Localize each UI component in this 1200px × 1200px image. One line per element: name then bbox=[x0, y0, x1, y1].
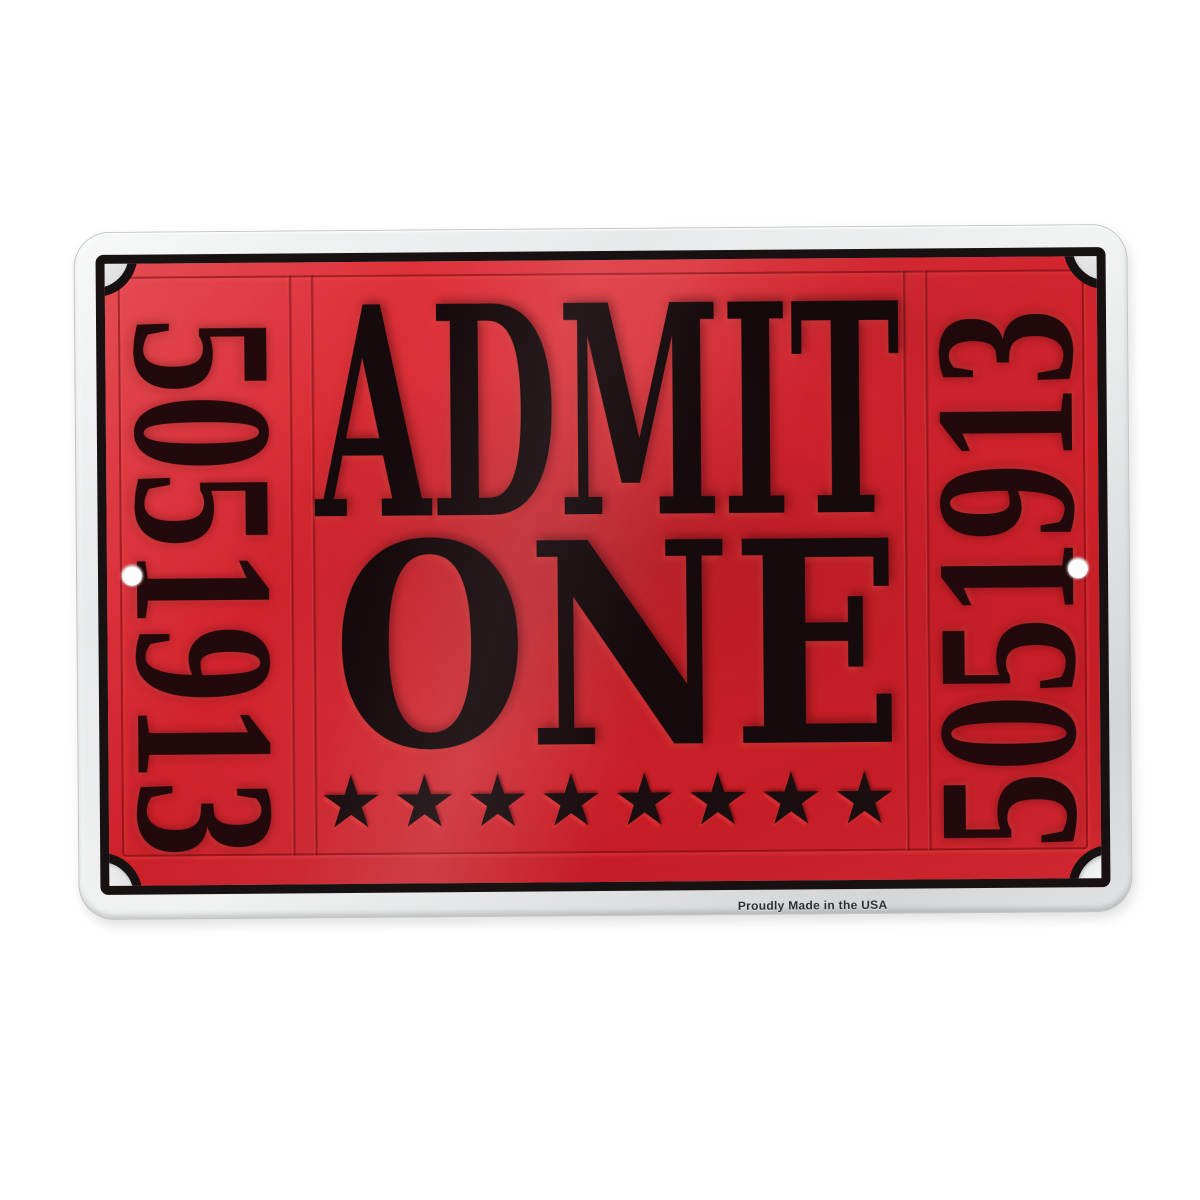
star-icon: ★ bbox=[539, 761, 604, 840]
star-row: ★ ★ ★ ★ ★ ★ ★ ★ bbox=[318, 758, 897, 843]
serial-right-text: 5051913 bbox=[894, 308, 1111, 850]
admit-one-ticket-sign: 5051913 5051913 ADMIT ONE ★ ★ bbox=[73, 224, 1132, 920]
star-icon: ★ bbox=[612, 760, 677, 839]
one-word: ONE bbox=[317, 534, 919, 759]
serial-left-text: 5051913 bbox=[95, 316, 316, 858]
mounting-hole-left bbox=[122, 566, 142, 586]
product-photo: 5051913 5051913 ADMIT ONE ★ ★ bbox=[0, 0, 1200, 1200]
ticket-red-panel: 5051913 5051913 ADMIT ONE ★ ★ bbox=[95, 247, 1110, 895]
ticket-serial-left: 5051913 bbox=[123, 306, 297, 867]
star-icon: ★ bbox=[832, 759, 897, 838]
star-icon: ★ bbox=[318, 763, 383, 842]
star-icon: ★ bbox=[392, 762, 457, 841]
made-in-usa-label: Proudly Made in the USA bbox=[673, 897, 953, 913]
mounting-hole-right bbox=[1068, 558, 1088, 578]
star-icon: ★ bbox=[759, 759, 824, 838]
ticket-serial-right: 5051913 bbox=[913, 298, 1087, 859]
star-icon: ★ bbox=[685, 760, 750, 839]
star-icon: ★ bbox=[465, 762, 530, 841]
